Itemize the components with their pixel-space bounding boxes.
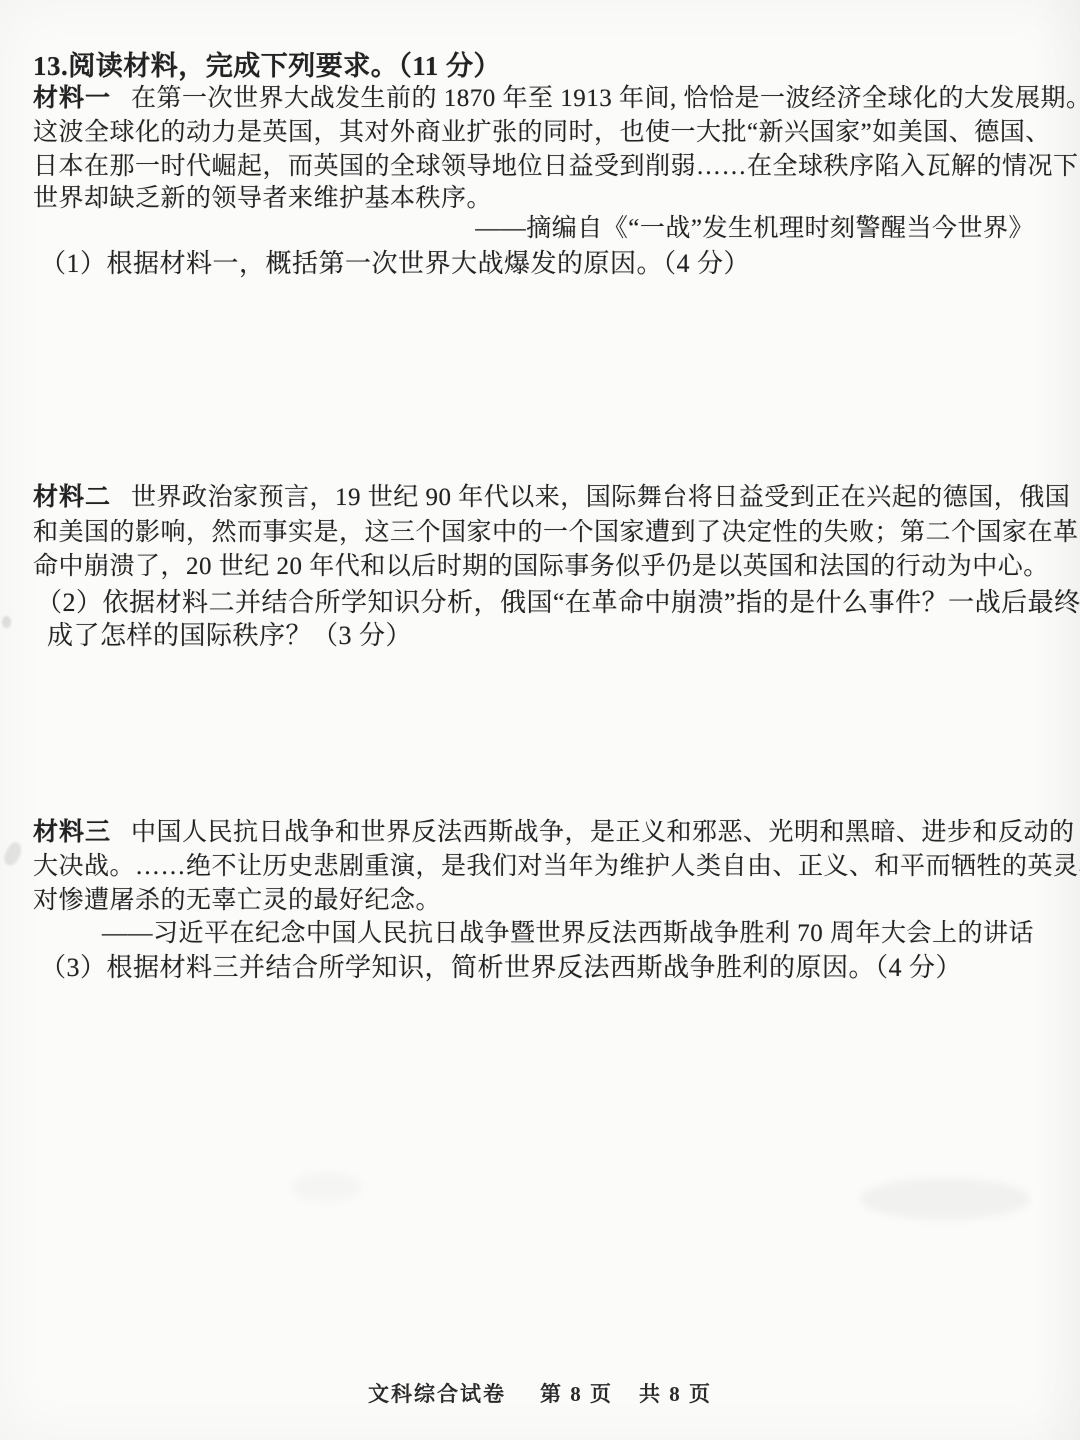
material1-line-2: 这波全球化的动力是英国，其对外商业扩张的同时，也使一大批“新兴国家”如美国、德国… [33, 112, 1051, 148]
material2-label: 材料二 [33, 484, 111, 511]
material3-line-1-text: 中国人民抗日战争和世界反法西斯战争，是正义和邪恶、光明和黑暗、进步和反动的 [131, 819, 1075, 846]
material2-line-2: 和美国的影响，然而事实是，这三个国家中的一个国家遭到了决定性的失败；第二个国家在… [33, 512, 1079, 548]
material3-label: 材料三 [33, 819, 111, 846]
footer-page-total: 共 8 页 [639, 1382, 712, 1406]
material3-line-3: 对惨遭屠杀的无辜亡灵的最好纪念。 [33, 880, 441, 916]
material3-line-1: 材料三中国人民抗日战争和世界反法西斯战争，是正义和邪恶、光明和黑暗、进步和反动的 [33, 812, 1075, 848]
footer-paper-title: 文科综合试卷 [368, 1382, 506, 1406]
scan-edge-shading [1034, 0, 1080, 1440]
scan-smudge [860, 1178, 1030, 1220]
question-3: （3）根据材料三并结合所学知识，简析世界反法西斯战争胜利的原因。（4 分） [40, 947, 962, 984]
exam-page: 13.阅读材料，完成下列要求。（11 分） 材料一在第一次世界大战发生前的 18… [0, 0, 1080, 1440]
material1-line-1: 材料一在第一次世界大战发生前的 1870 年至 1913 年间, 恰恰是一波经济… [33, 78, 1080, 114]
question-2-line-2: 成了怎样的国际秩序？（3 分） [47, 615, 412, 652]
material1-citation: ——摘编自《“一战”发生机理时刻警醒当今世界》 [475, 208, 1034, 244]
material2-line-1-text: 世界政治家预言，19 世纪 90 年代以来，国际舞台将日益受到正在兴起的德国，俄… [131, 484, 1070, 511]
material1-line-1-text: 在第一次世界大战发生前的 1870 年至 1913 年间, 恰恰是一波经济全球化… [131, 85, 1080, 112]
material1-line-4: 世界却缺乏新的领导者来维护基本秩序。 [33, 178, 492, 214]
page-footer: 文科综合试卷第 8 页共 8 页 [0, 1378, 1080, 1408]
material3-line-2: 大决战。……绝不让历史悲剧重演，是我们对当年为维护人类自由、正义、和平而牺牲的英… [33, 846, 1080, 882]
material2-line-1: 材料二世界政治家预言，19 世纪 90 年代以来，国际舞台将日益受到正在兴起的德… [33, 477, 1070, 513]
scan-speck [1, 840, 25, 868]
scan-smudge [292, 1172, 362, 1202]
material2-line-3: 命中崩溃了，20 世纪 20 年代和以后时期的国际事务似乎仍是以英国和法国的行动… [33, 546, 1049, 582]
scan-speck [2, 616, 11, 628]
question-1: （1）根据材料一，概括第一次世界大战爆发的原因。（4 分） [40, 243, 750, 280]
material1-line-3: 日本在那一时代崛起，而英国的全球领导地位日益受到削弱……在全球秩序陷入瓦解的情况… [33, 146, 1080, 182]
material1-label: 材料一 [33, 85, 111, 112]
footer-page-current: 第 8 页 [540, 1382, 613, 1406]
question-2-line-1: （2）依据材料二并结合所学知识分析，俄国“在革命中崩溃”指的是什么事件？一战后最… [36, 582, 1080, 619]
material3-citation: ——习近平在纪念中国人民抗日战争暨世界反法西斯战争胜利 70 周年大会上的讲话 [102, 913, 1034, 949]
